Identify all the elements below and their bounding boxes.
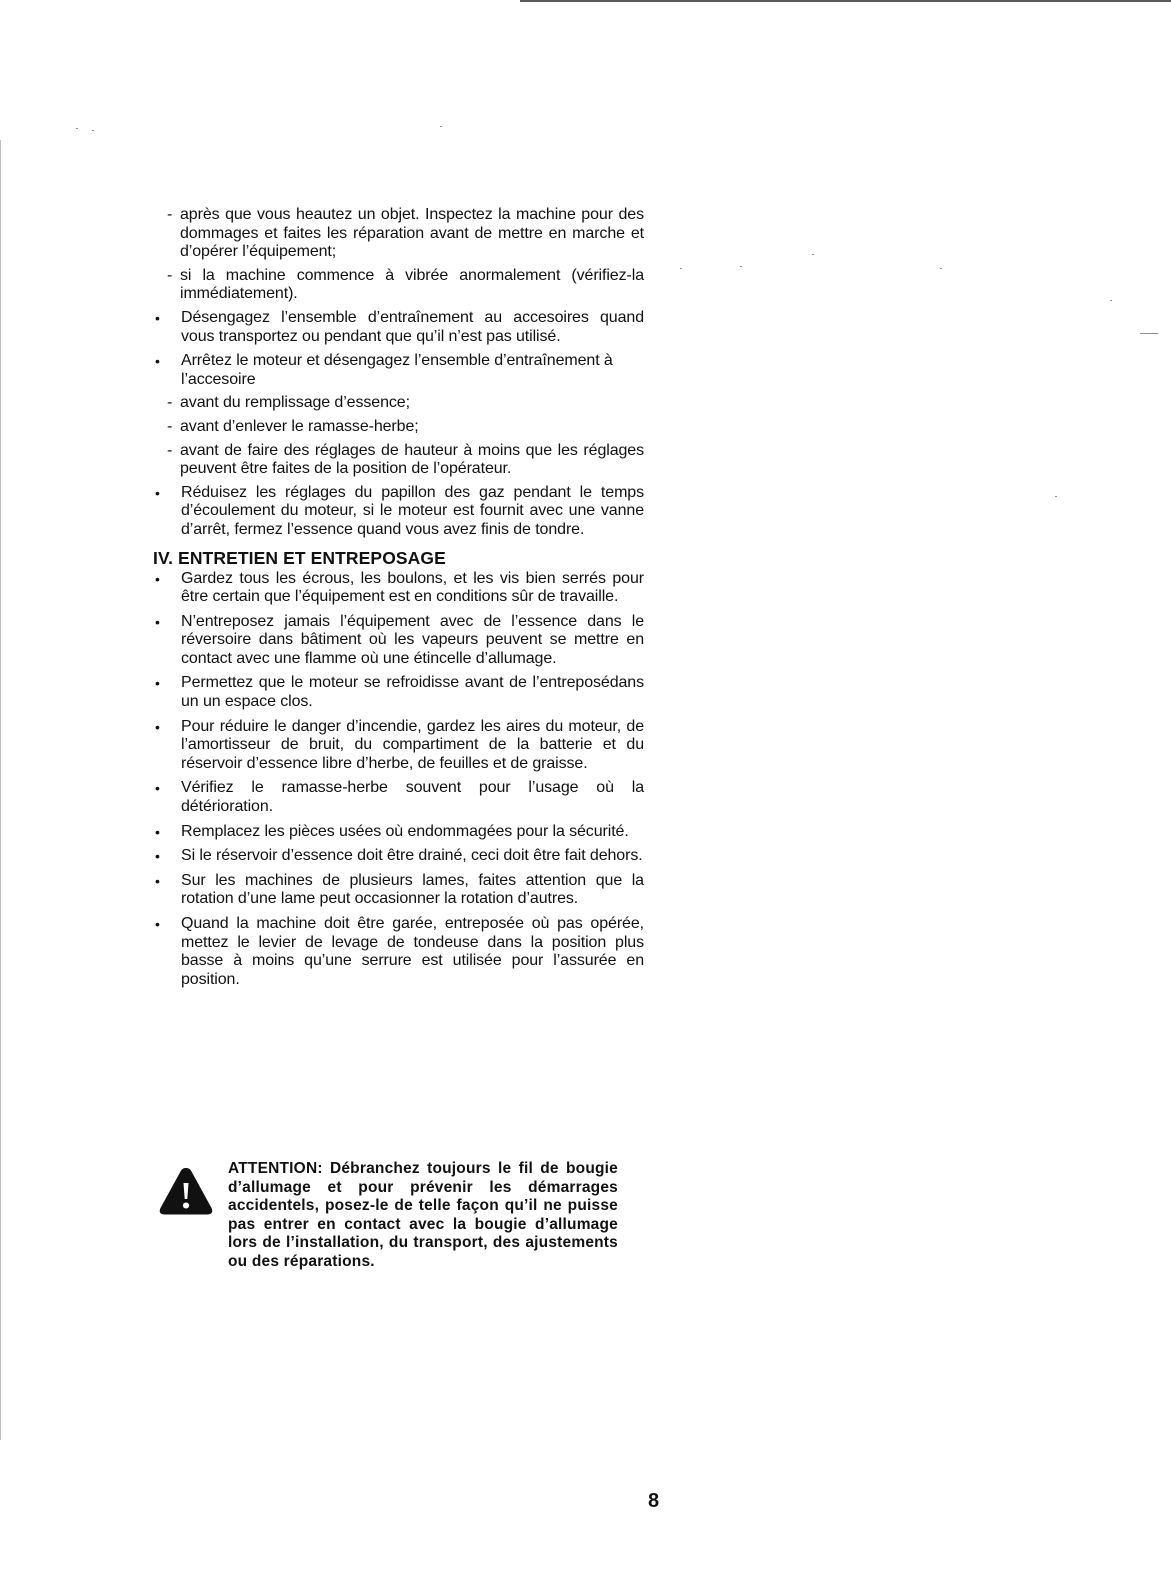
page-number: 8 — [648, 1490, 659, 1513]
scan-speck — [92, 130, 94, 131]
bullet-item: • Permettez que le moteur se refroidisse… — [154, 674, 644, 711]
bullet-text: Remplacez les pièces usées où endommagée… — [181, 823, 644, 842]
bullet-item: • Pour réduire le danger d’incendie, gar… — [154, 718, 644, 774]
bullet-marker: • — [154, 309, 181, 346]
warning-triangle-icon — [158, 1160, 228, 1271]
document-column: - après que vous heautez un objet. Inspe… — [154, 206, 644, 995]
scan-speck — [1055, 496, 1057, 497]
bullet-item: • Gardez tous les écrous, les boulons, e… — [154, 570, 644, 607]
bullet-marker: • — [154, 484, 181, 540]
bullet-text: Si le réservoir d’essence doit être drai… — [181, 847, 644, 866]
subitem-text: avant de faire des réglages de hauteur à… — [180, 442, 644, 479]
bullet-item: • N’entreposez jamais l’équipement avec … — [154, 613, 644, 669]
scan-speck — [76, 128, 78, 129]
bullet-marker: • — [154, 613, 181, 669]
subitem-text: avant d’enlever le ramasse-herbe; — [180, 418, 644, 437]
bullet-marker: • — [154, 352, 181, 389]
scan-left-edge — [0, 140, 1, 1440]
dash-marker: - — [167, 442, 180, 479]
bullet-item-with-subitems: • Arrêtez le moteur et désengagez l’ense… — [154, 352, 644, 479]
warning-callout: ATTENTION: Débranchez toujours le fil de… — [158, 1160, 618, 1271]
bullet-marker: • — [154, 915, 181, 989]
scan-top-edge — [520, 0, 1171, 2]
bullet-text: Sur les machines de plusieurs lames, fai… — [181, 872, 644, 909]
bullet-marker: • — [154, 674, 181, 711]
dash-marker: - — [167, 206, 180, 262]
bullet-marker: • — [154, 718, 181, 774]
bullet-text: Gardez tous les écrous, les boulons, et … — [181, 570, 644, 607]
bullet-item: • Sur les machines de plusieurs lames, f… — [154, 872, 644, 909]
dash-marker: - — [167, 418, 180, 437]
bullet-marker: • — [154, 847, 181, 866]
bullet-item: • Si le réservoir d’essence doit être dr… — [154, 847, 644, 866]
section-heading: IV. ENTRETIEN ET ENTREPOSAGE — [153, 548, 644, 568]
scan-speck — [440, 126, 442, 127]
subitem-text: avant du remplissage d’essence; — [180, 394, 644, 413]
subitem-text: si la machine commence à vibrée anormale… — [180, 267, 644, 304]
bullet-text: Arrêtez le moteur et désengagez l’ensemb… — [181, 352, 644, 389]
subitem-text: après que vous heautez un objet. Inspect… — [180, 206, 644, 262]
scan-speck — [680, 268, 682, 269]
subitem: - après que vous heautez un objet. Inspe… — [154, 206, 644, 262]
subitem-list: - avant du remplissage d’essence; - avan… — [154, 394, 644, 478]
scan-speck — [740, 266, 742, 267]
subitem: - avant de faire des réglages de hauteur… — [154, 442, 644, 479]
bullet-marker: • — [154, 779, 181, 816]
subitem: - avant d’enlever le ramasse-herbe; — [154, 418, 644, 437]
scan-speck — [812, 254, 814, 255]
bullet-item: • Vérifiez le ramasse-herbe souvent pour… — [154, 779, 644, 816]
dash-marker: - — [167, 267, 180, 304]
bullet-item: • Désengagez l’ensemble d’entraînement a… — [154, 309, 644, 346]
bullet-marker: • — [154, 823, 181, 842]
bullet-marker: • — [154, 872, 181, 909]
intro-subitem-list: - après que vous heautez un objet. Inspe… — [154, 206, 644, 304]
bullet-text: Pour réduire le danger d’incendie, garde… — [181, 718, 644, 774]
warning-text: ATTENTION: Débranchez toujours le fil de… — [228, 1160, 618, 1271]
section-bullet-list: • Gardez tous les écrous, les boulons, e… — [154, 570, 644, 990]
bullet-item: • Quand la machine doit être garée, entr… — [154, 915, 644, 989]
bullet-item: • Réduisez les réglages du papillon des … — [154, 484, 644, 540]
scan-speck — [1140, 333, 1158, 334]
bullet-item: • Arrêtez le moteur et désengagez l’ense… — [154, 352, 644, 389]
dash-marker: - — [167, 394, 180, 413]
subitem: - si la machine commence à vibrée anorma… — [154, 267, 644, 304]
bullet-item: • Remplacez les pièces usées où endommag… — [154, 823, 644, 842]
bullet-text: Permettez que le moteur se refroidisse a… — [181, 674, 644, 711]
bullet-text: Quand la machine doit être garée, entrep… — [181, 915, 644, 989]
bullet-marker: • — [154, 570, 181, 607]
bullet-text: Désengagez l’ensemble d’entraînement au … — [181, 309, 644, 346]
bullet-text: N’entreposez jamais l’équipement avec de… — [181, 613, 644, 669]
bullet-text: Réduisez les réglages du papillon des ga… — [181, 484, 644, 540]
scan-speck — [1110, 300, 1112, 301]
subitem: - avant du remplissage d’essence; — [154, 394, 644, 413]
bullet-text: Vérifiez le ramasse-herbe souvent pour l… — [181, 779, 644, 816]
scan-speck — [940, 268, 942, 269]
